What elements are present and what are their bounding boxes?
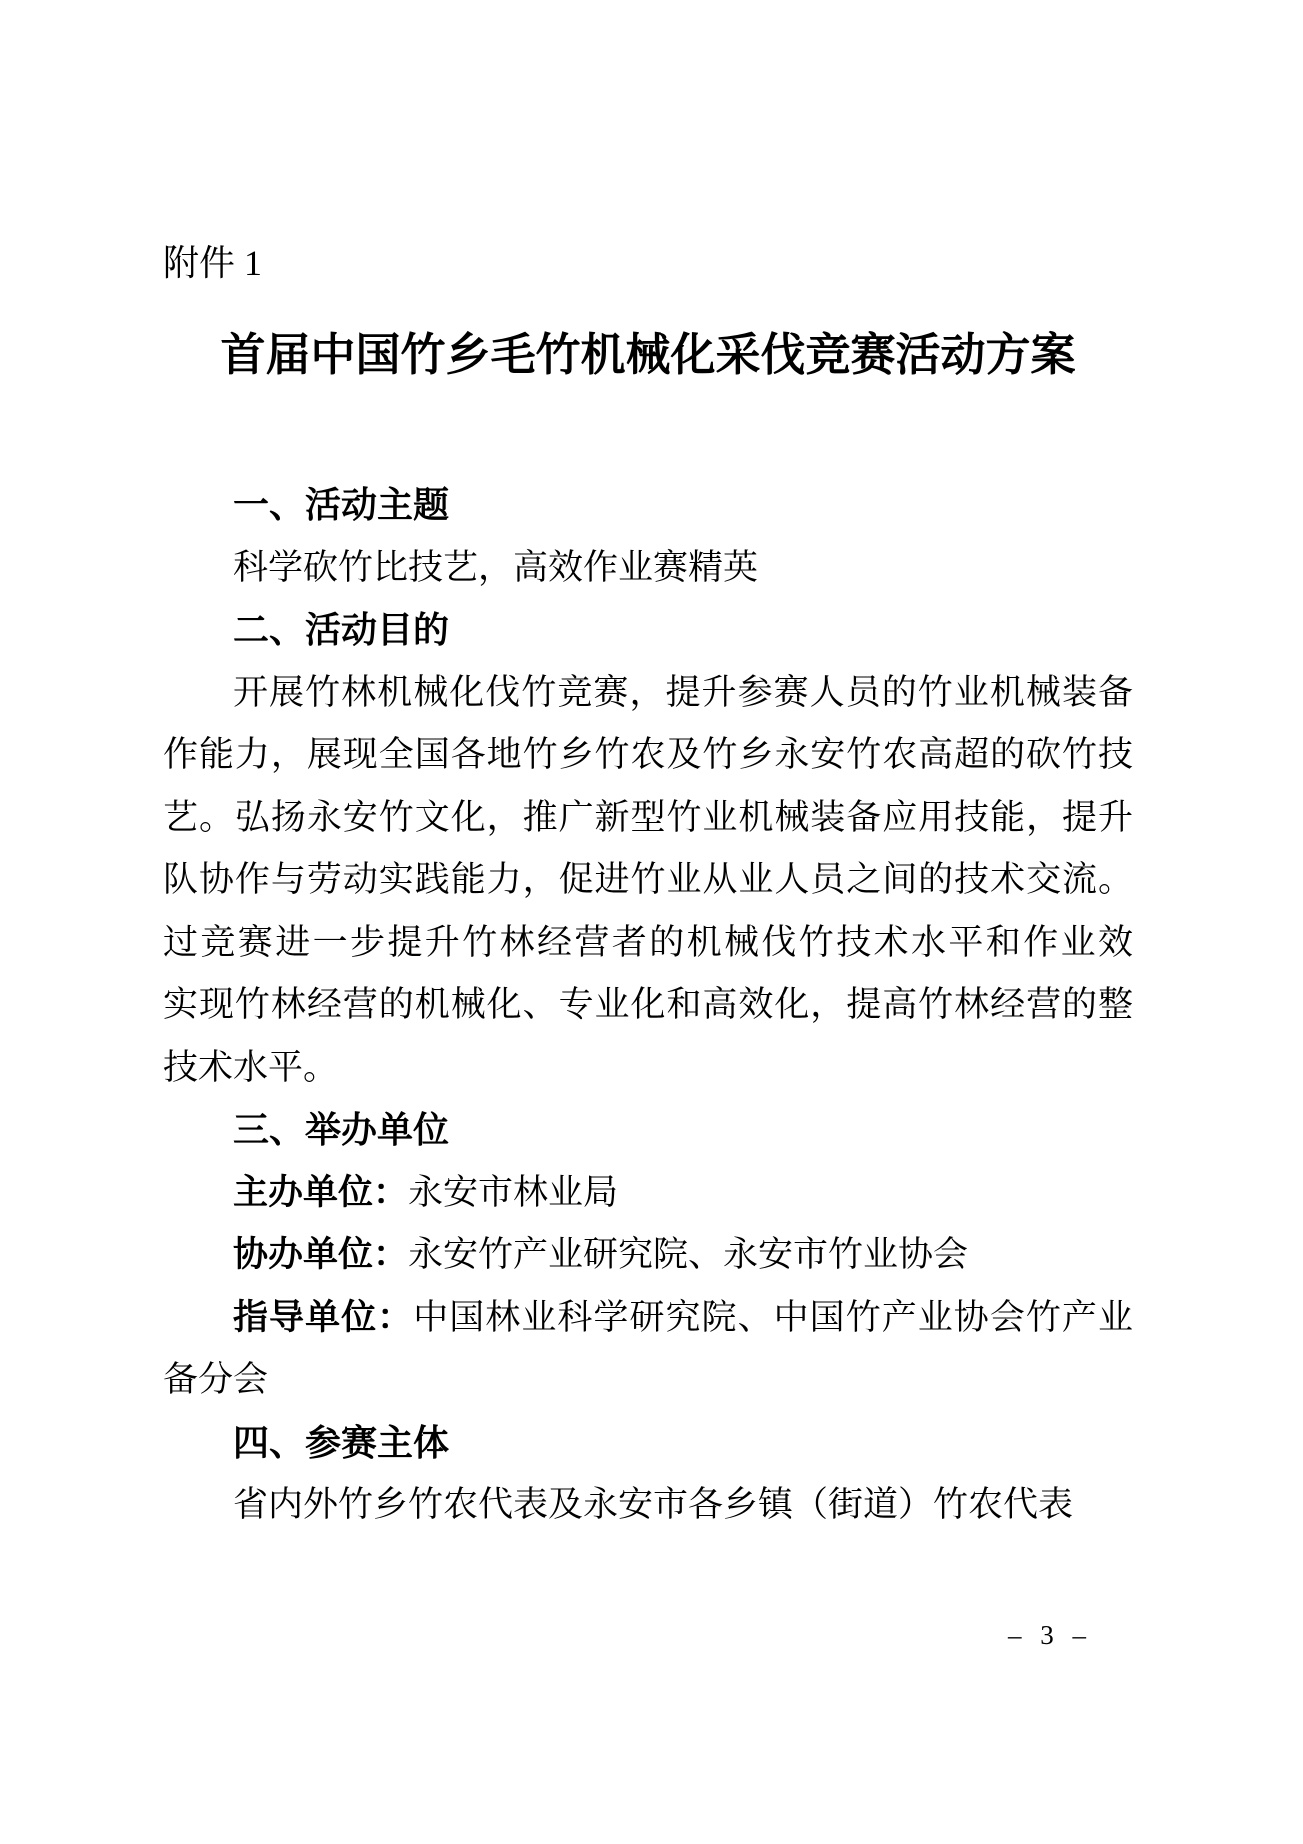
section-heading-organizers: 三、举办单位 [163, 1099, 1133, 1162]
body-line-purpose-3: 艺。弘扬永安竹文化，推广新型竹业机械装备应用技能，提升团 [163, 787, 1133, 850]
body-line-purpose-5: 过竞赛进一步提升竹林经营者的机械伐竹技术水平和作业效率， [163, 912, 1133, 975]
document-page: 附件 1 首届中国竹乡毛竹机械化采伐竞赛活动方案 一、活动主题 科学砍竹比技艺，… [0, 0, 1303, 1844]
organizer-label-co-organizer: 协办单位： [233, 1235, 408, 1274]
organizer-entry-guidance: 指导单位：中国林业科学研究院、中国竹产业协会竹产业装 [163, 1287, 1133, 1350]
document-title: 首届中国竹乡毛竹机械化采伐竞赛活动方案 [163, 322, 1133, 388]
body-line-purpose-4: 队协作与劳动实践能力，促进竹业从业人员之间的技术交流。通 [163, 849, 1133, 912]
organizer-entry-co-organizer: 协办单位：永安竹产业研究院、永安市竹业协会 [163, 1224, 1133, 1287]
body-line-purpose-7: 技术水平。 [163, 1037, 1133, 1100]
organizer-value-co-organizer: 永安竹产业研究院、永安市竹业协会 [408, 1235, 968, 1274]
organizer-label-host: 主办单位： [233, 1173, 408, 1212]
body-line-purpose-2: 作能力，展现全国各地竹乡竹农及竹乡永安竹农高超的砍竹技 [163, 724, 1133, 787]
document-body: 一、活动主题 科学砍竹比技艺，高效作业赛精英 二、活动目的 开展竹林机械化伐竹竞… [163, 474, 1133, 1537]
page-number: – 3 – [1008, 1618, 1089, 1652]
organizer-value-host: 永安市林业局 [408, 1173, 618, 1212]
body-line-theme-slogan: 科学砍竹比技艺，高效作业赛精英 [163, 537, 1133, 600]
section-heading-activity-purpose: 二、活动目的 [163, 599, 1133, 662]
organizer-guidance-continuation: 备分会 [163, 1349, 1133, 1412]
body-line-purpose-1: 开展竹林机械化伐竹竞赛，提升参赛人员的竹业机械装备操 [163, 662, 1133, 725]
organizer-label-guidance: 指导单位： [233, 1298, 413, 1337]
body-line-participants: 省内外竹乡竹农代表及永安市各乡镇（街道）竹农代表 [163, 1474, 1133, 1537]
section-heading-participants: 四、参赛主体 [163, 1412, 1133, 1475]
section-heading-activity-theme: 一、活动主题 [163, 474, 1133, 537]
attachment-label: 附件 1 [163, 238, 262, 288]
body-line-purpose-6: 实现竹林经营的机械化、专业化和高效化，提高竹林经营的整体 [163, 974, 1133, 1037]
organizer-entry-host: 主办单位：永安市林业局 [163, 1162, 1133, 1225]
